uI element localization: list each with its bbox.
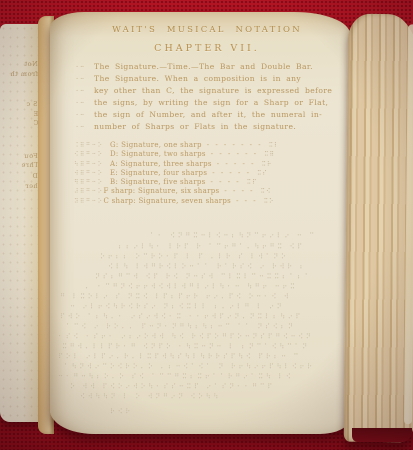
braille-line-prefix: ⠺⠿⠛⠒⠕ xyxy=(74,170,110,178)
showthrough-fragment: Fou xyxy=(24,152,38,160)
intro-paragraph: ⠐⠒The Signature.—Time.—The Bar and Doubl… xyxy=(74,61,340,133)
braille-text-row: ⠛ ⠇⠭⠕⠇⠔ ⠎ ⠝⠭⠪ ⠇⠏⠆⠏⠖⠗ ⠖⠔⠄⠏⠪ ⠕⠒⠂⠪ ⠺ xyxy=(60,293,343,301)
braille-margin-marks: ⠐⠒ xyxy=(74,110,94,121)
key-signature-row: ⠽⠿⠛⠒⠕C sharp: Signature, seven sharps- -… xyxy=(74,197,340,206)
braille-margin-marks: ⠐⠒ xyxy=(74,74,94,85)
braille-text-row: ⠪⠺⠳⠳⠝ ⠇ ⠕ ⠺⠝⠛⠔⠝ ⠪⠕⠳⠳ xyxy=(80,393,260,401)
paragraph-line-text: number of Sharps or Flats in the signatu… xyxy=(94,121,296,132)
braille-text-row: ⠁⠂ ⠪⠝⠛⠭⠒⠇⠪⠒⠆⠳⠝⠉⠖⠔⠇⠔ ⠒ ⠉ xyxy=(150,232,335,240)
leader-dashes: - - - - - xyxy=(212,169,251,177)
showthrough-fragment: Thre xyxy=(21,161,38,169)
braille-text-row: ⠪⠇⠳ ⠇⠺⠛⠗⠪⠇⠕⠒⠁⠁ ⠗⠁⠗⠎⠪ ⠔ ⠗⠺⠗ ⠆ xyxy=(108,263,343,271)
paragraph-line: ⠐⠒key other than C, the signature is exp… xyxy=(74,85,340,97)
left-page-braille-texture xyxy=(0,24,42,422)
key-signature-text: F sharp: Signature, six sharps xyxy=(103,187,219,195)
leader-dashes: - - - - - - xyxy=(211,150,258,158)
paragraph-line-text: The Signature. When a composition is in … xyxy=(94,73,301,84)
paragraph-line-text: key other than C, the signature is expre… xyxy=(94,85,332,96)
braille-line-prefix: ⠨⠿⠛⠒⠕ xyxy=(74,142,110,150)
left-page-edge: Notfrom thS cECFouThreDher xyxy=(0,24,42,422)
paragraph-line: ⠐⠒The Signature.—Time.—The Bar and Doubl… xyxy=(74,61,340,73)
braille-line-prefix: ⠳⠿⠛⠒⠕ xyxy=(74,161,110,169)
leader-dashes: - - - - xyxy=(211,178,241,186)
key-signature-row: ⠼⠿⠛⠒⠕F sharp: Signature, six sharps- - -… xyxy=(74,187,340,196)
braille-margin-marks: ⠐⠒ xyxy=(74,86,94,97)
running-head: WAIT'S MUSICAL NOTATION xyxy=(74,25,340,35)
paragraph-line: ⠐⠒the signs, by writing the sign for a S… xyxy=(74,97,340,109)
paragraph-line-text: The Signature.—Time.—The Bar and Double … xyxy=(94,61,313,72)
braille-text-row: ⠏⠺⠕ ⠁⠆⠳⠄⠂ ⠔⠎⠔⠺⠪⠂⠭ ⠂⠂⠖⠺⠏⠔⠝⠄⠝⠭⠇⠆⠳⠔⠏ xyxy=(60,313,343,321)
braille-margin-marks: ⠐⠒ xyxy=(74,62,94,73)
book-cover-edge xyxy=(352,428,412,442)
braille-text-row: ⠝⠎⠆⠛⠉⠺ ⠪⠏ ⠗⠪ ⠝⠒⠎⠺ ⠉⠇⠭⠇⠉⠒⠭⠭⠆⠁⠆⠁ xyxy=(95,273,343,281)
braille-line-suffix: ⠭⠕ xyxy=(264,198,275,206)
braille-line-prefix: ⠽⠿⠛⠒⠕ xyxy=(74,198,103,206)
key-signature-text: A: Signature, three sharps xyxy=(110,160,212,168)
key-signature-text: D: Signature, two sharps xyxy=(110,150,206,158)
braille-text-row: ⠭⠛⠺⠄⠇⠇⠏⠗⠂⠛ ⠪⠝⠏⠕ ⠂⠳⠭⠒⠝⠒ ⠇ ⠆⠝⠉⠁⠪⠳⠉⠁⠝ xyxy=(62,343,343,351)
braille-line-prefix: ⠪⠿⠛⠒⠕ xyxy=(74,151,110,159)
showthrough-fragment: Not xyxy=(24,60,38,68)
key-signature-row: ⠳⠿⠛⠒⠕A: Signature, three sharps- - - - -… xyxy=(74,160,340,169)
key-signature-text: B: Signature, five sharps xyxy=(110,178,206,186)
braille-line-suffix: ⠭⠗ xyxy=(262,161,273,169)
braille-text-row: ⠗⠪⠗ xyxy=(110,408,136,416)
braille-text-row: ⠏⠕⠇ ⠔⠇⠏⠔⠄⠗⠄⠇⠭⠏⠺⠳⠎⠳⠇⠳⠗⠗⠎⠏⠳⠪ ⠏⠗⠆⠒ ⠉ xyxy=(58,353,343,361)
braille-line-prefix: ⠻⠿⠛⠒⠕ xyxy=(74,179,110,187)
showthrough-fragment: from th xyxy=(10,70,38,78)
chapter-heading: CHAPTER VII. xyxy=(74,43,340,54)
key-signature-row: ⠻⠿⠛⠒⠕B: Signature, five sharps- - - -⠭⠏ xyxy=(74,178,340,187)
showthrough-fragment: her xyxy=(25,182,38,190)
braille-text-row: ⠕⠖⠆⠆ ⠕⠉⠗⠕⠂⠏ ⠇ ⠏ ⠄⠇⠗ ⠎ ⠇⠺⠁⠝⠕ xyxy=(100,253,343,261)
braille-line-suffix: ⠭⠪ xyxy=(261,188,272,196)
leader-dashes: - - - - - xyxy=(217,160,256,168)
braille-line-prefix: ⠼⠿⠛⠒⠕ xyxy=(74,188,103,196)
braille-text-row: ⠄ ⠂⠉⠛⠝⠪⠖⠖⠺⠪⠺⠇⠺⠛⠇⠔⠇⠳⠂⠒ ⠳⠛⠖ ⠒⠖⠭ xyxy=(85,283,343,291)
braille-margin-marks: ⠐⠒ xyxy=(74,122,94,133)
braille-text-row: ⠆⠆⠔⠇⠳⠂ ⠇⠗⠏ ⠗ ⠁⠉⠖⠛⠁⠄⠳⠖⠛⠭ ⠪⠏ xyxy=(118,243,340,251)
braille-text-row: ⠒ ⠔⠇⠖⠪⠳⠗⠪⠗⠎⠔ ⠝⠆⠪⠭⠇⠇ ⠆⠄⠔⠇⠛ ⠇ ⠔⠝ xyxy=(70,303,343,311)
paragraph-line: ⠐⠒number of Sharps or Flats in the signa… xyxy=(74,121,340,133)
braille-text-row: ⠒⠂⠛⠒⠳⠆⠕⠄⠕ ⠎⠪ ⠁⠉⠉⠛⠭⠆⠭⠖⠁⠁⠗⠛⠔⠁⠭⠳ ⠇⠪ xyxy=(58,373,328,381)
braille-margin-marks: ⠐⠒ xyxy=(74,98,94,109)
braille-text-row: ⠕ ⠺⠺ ⠏⠪⠕⠔⠺⠕⠳⠂⠎⠎⠒⠭⠏ ⠔⠁⠎⠝⠂⠂⠛⠉⠏ xyxy=(70,383,310,391)
key-signature-list: ⠨⠿⠛⠒⠕G: Signature, one sharp- - - - - - … xyxy=(74,141,340,206)
braille-line-suffix: ⠭⠇ xyxy=(269,142,280,150)
fore-edge-page-stack xyxy=(344,14,413,443)
key-signature-row: ⠺⠿⠛⠒⠕E: Signature, four sharps- - - - -⠭… xyxy=(74,169,340,178)
paragraph-line-text: the sign of Number, and after it, the nu… xyxy=(94,109,322,120)
key-signature-text: E: Signature, four sharps xyxy=(110,169,207,177)
braille-line-suffix: ⠭⠏ xyxy=(247,179,258,187)
braille-text-row: ⠁⠳⠝⠺⠔⠉⠕⠪⠗⠕⠄⠕ ⠄⠆⠒⠪⠁⠪⠁ ⠝ ⠗⠖⠳⠔⠖⠏⠳⠇⠪⠖⠗ xyxy=(64,363,343,371)
key-signature-text: C sharp: Signature, seven sharps xyxy=(103,197,231,205)
key-signature-row: ⠪⠿⠛⠒⠕D: Signature, two sharps- - - - - -… xyxy=(74,150,340,159)
key-signature-text: G: Signature, one sharp xyxy=(110,141,202,149)
braille-text-row: ⠁⠉⠪ ⠔ ⠗⠕⠄⠄ ⠏⠒⠝⠂⠝⠛⠳⠆⠳⠆⠒⠉ ⠁⠁ ⠝⠎⠪⠆⠝ xyxy=(66,323,343,331)
leader-dashes: - - - xyxy=(236,197,258,205)
key-signature-row: ⠨⠿⠛⠒⠕G: Signature, one sharp- - - - - - … xyxy=(74,141,340,150)
braille-line-suffix: ⠭⠿ xyxy=(264,151,275,159)
leader-dashes: - - - - - - - xyxy=(207,141,263,149)
braille-text-row: ⠂⠎⠪ ⠂⠎⠖⠂ ⠔⠆⠔⠕⠺⠺ ⠳⠪ ⠗⠪⠏⠕⠛⠏⠕⠒⠝⠎⠏⠛⠪⠒⠪⠝ xyxy=(58,333,343,341)
right-page: WAIT'S MUSICAL NOTATION CHAPTER VII. ⠐⠒T… xyxy=(50,12,350,434)
braille-line-suffix: ⠭⠎ xyxy=(257,170,268,178)
outer-page-highlight xyxy=(404,24,413,424)
showthrough-fragment: S c xyxy=(26,100,38,108)
paragraph-line: ⠐⠒The Signature. When a composition is i… xyxy=(74,73,340,85)
paragraph-line-text: the signs, by writing the sign for a Sha… xyxy=(94,97,328,108)
paragraph-line: ⠐⠒the sign of Number, and after it, the … xyxy=(74,109,340,121)
leader-dashes: - - - - xyxy=(224,187,254,195)
photo-of-open-braille-book: Notfrom thS cECFouThreDher WAIT'S MUSICA… xyxy=(0,0,413,450)
